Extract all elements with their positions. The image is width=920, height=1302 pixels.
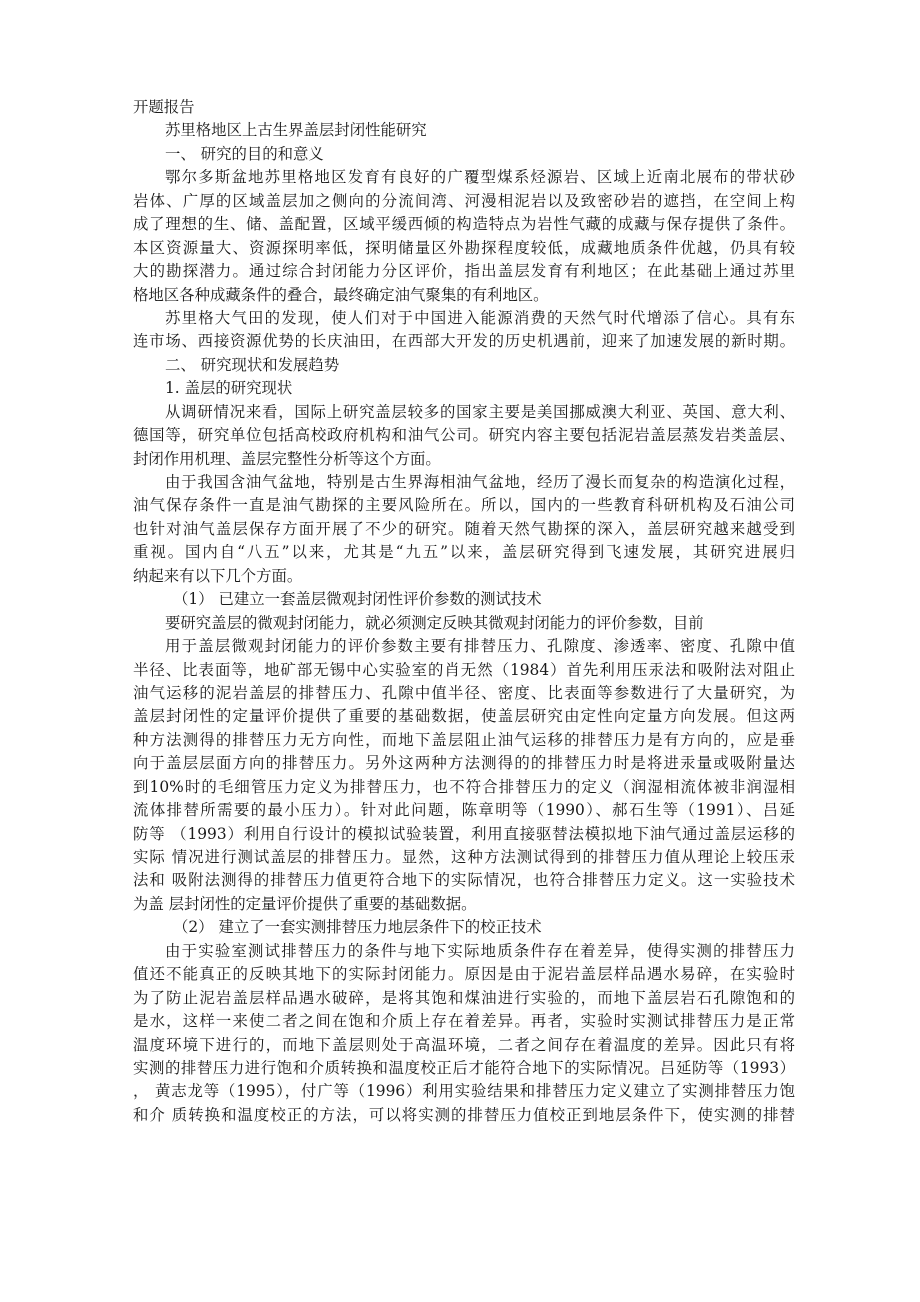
item-1-paragraph-2: 用于盖层微观封闭能力的评价参数主要有排替压力、孔隙度、渗透率、密度、孔隙中值 半… [133,635,795,916]
document-title: 苏里格地区上古生界盖层封闭性能研究 [133,119,795,142]
section-1-paragraph-1: 鄂尔多斯盆地苏里格地区发育有良好的广覆型煤系烃源岩、区域上近南北展布的带状砂 岩… [133,166,795,307]
subsection-1-paragraph-1: 从调研情况来看，国际上研究盖层较多的国家主要是美国挪威澳大利亚、英国、意大利、 … [133,401,795,471]
item-2-paragraph-1: 由于实验室测试排替压力的条件与地下实际地质条件存在着差异，使得实测的排替压力 值… [133,940,795,1128]
document-label: 开题报告 [133,96,795,119]
subsection-1-heading: 1. 盖层的研究现状 [133,377,795,400]
item-1-paragraph-1: 要研究盖层的微观封闭能力，就必须测定反映其微观封闭能力的评价参数，目前 [133,612,795,635]
section-1-paragraph-2: 苏里格大气田的发现，使人们对于中国进入能源消费的天然气时代增添了信心。具有东 连… [133,307,795,354]
subsection-1-paragraph-2: 由于我国含油气盆地，特别是古生界海相油气盆地，经历了漫长而复杂的构造演化过程， … [133,471,795,588]
section-2-heading: 二、 研究现状和发展趋势 [133,354,795,377]
document-page: 开题报告 苏里格地区上古生界盖层封闭性能研究 一、 研究的目的和意义 鄂尔多斯盆… [133,96,795,1127]
section-1-heading: 一、 研究的目的和意义 [133,143,795,166]
item-2-heading: （2） 建立了一套实测排替压力地层条件下的校正技术 [133,916,795,939]
item-1-heading: （1） 已建立一套盖层微观封闭性评价参数的测试技术 [133,588,795,611]
